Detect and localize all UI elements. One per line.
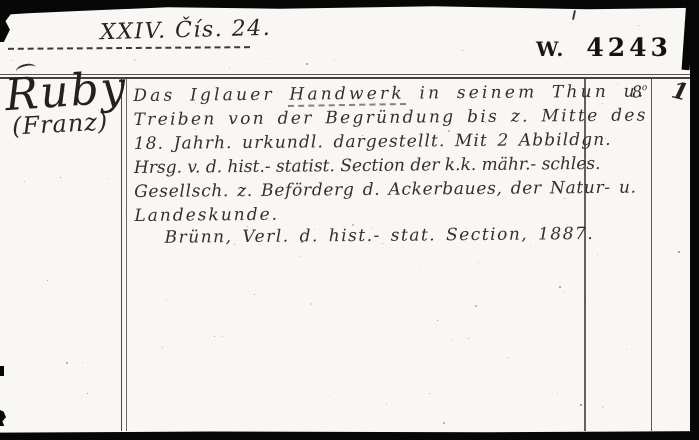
noise-speck xyxy=(602,406,604,408)
scan-edge-right xyxy=(690,0,699,440)
noise-speck xyxy=(102,301,103,302)
noise-speck xyxy=(475,305,477,307)
noise-speck xyxy=(275,59,276,60)
noise-speck xyxy=(24,181,25,182)
noise-speck xyxy=(306,63,308,65)
ink-blot-left-lower xyxy=(0,410,6,426)
count-column-divider xyxy=(651,79,652,431)
noise-speck xyxy=(9,226,10,227)
noise-speck xyxy=(452,339,453,340)
noise-speck xyxy=(605,138,606,139)
noise-speck xyxy=(638,25,639,26)
ink-blot-top-left xyxy=(0,6,11,42)
noise-speck xyxy=(382,243,383,244)
format-octavo-note: 8o xyxy=(631,81,649,102)
noise-speck xyxy=(558,223,559,224)
noise-speck xyxy=(507,357,508,358)
noise-speck xyxy=(266,58,267,59)
copies-count: 1 xyxy=(669,76,691,106)
noise-speck xyxy=(12,60,13,61)
noise-speck xyxy=(214,86,215,87)
shelfmark-underline xyxy=(8,46,250,50)
noise-speck xyxy=(448,130,450,132)
noise-speck xyxy=(87,393,88,394)
noise-speck xyxy=(580,404,582,406)
noise-speck xyxy=(38,359,39,360)
accession-stamp: W.4243 xyxy=(536,33,672,62)
noise-speck xyxy=(108,178,109,179)
scan-edge-bottom xyxy=(0,431,699,440)
imprint-line: Brünn, Verl. d. hist.- stat. Section, 18… xyxy=(135,222,587,250)
noise-speck xyxy=(247,226,248,227)
noise-speck xyxy=(421,139,422,140)
stamp-series-letter: W. xyxy=(536,37,564,61)
author-forename: (Franz) xyxy=(11,108,109,141)
catalog-card-scan: XXIV. Čís. 24. W.4243 Ruby (Franz) Das I… xyxy=(0,0,699,440)
noise-speck xyxy=(362,135,363,136)
noise-speck xyxy=(222,336,223,337)
shelfmark-handwritten: XXIV. Čís. 24. xyxy=(100,16,272,45)
noise-speck xyxy=(282,45,283,46)
noise-speck xyxy=(514,281,515,282)
name-column-divider-outer xyxy=(121,79,122,431)
noise-speck xyxy=(214,336,215,337)
noise-speck xyxy=(60,177,61,178)
noise-speck xyxy=(66,362,68,364)
noise-speck xyxy=(563,292,564,293)
noise-speck xyxy=(134,59,136,61)
noise-speck xyxy=(597,77,598,78)
noise-speck xyxy=(478,262,479,263)
ink-blot-left-upper xyxy=(0,366,4,376)
noise-speck xyxy=(437,320,438,321)
noise-speck xyxy=(597,254,598,255)
noise-speck xyxy=(559,286,561,288)
noise-speck xyxy=(585,301,586,302)
noise-speck xyxy=(468,338,469,339)
noise-speck xyxy=(334,60,335,61)
noise-speck xyxy=(429,393,430,394)
noise-speck xyxy=(530,246,531,247)
noise-speck xyxy=(617,240,618,241)
scan-edge-top xyxy=(0,0,699,15)
noise-speck xyxy=(420,266,421,267)
name-column-divider-inner xyxy=(126,79,127,431)
noise-speck xyxy=(427,167,428,168)
noise-speck xyxy=(254,294,255,295)
entry-line: Gesellsch. z. Beförderg d. Ackerbaues, d… xyxy=(134,176,586,204)
noise-speck xyxy=(386,403,387,404)
noise-speck xyxy=(485,122,486,123)
noise-speck xyxy=(258,244,259,245)
noise-speck xyxy=(82,362,83,363)
noise-speck xyxy=(329,396,330,397)
noise-speck xyxy=(602,103,603,104)
noise-speck xyxy=(229,67,230,68)
noise-speck xyxy=(125,214,126,215)
noise-speck xyxy=(617,84,618,85)
noise-speck xyxy=(161,345,162,346)
noise-speck xyxy=(429,389,430,390)
noise-speck xyxy=(443,422,445,424)
noise-speck xyxy=(195,129,196,130)
noise-speck xyxy=(626,349,627,350)
noise-speck xyxy=(549,222,550,223)
noise-speck xyxy=(587,161,588,162)
noise-speck xyxy=(299,256,300,257)
stamp-number: 4243 xyxy=(586,33,672,62)
noise-speck xyxy=(47,280,48,281)
noise-speck xyxy=(381,17,382,18)
noise-speck xyxy=(462,50,463,51)
stray-pen-tick xyxy=(572,10,576,20)
noise-speck xyxy=(678,251,680,253)
noise-speck xyxy=(166,300,167,301)
noise-speck xyxy=(162,347,163,348)
noise-speck xyxy=(310,303,312,305)
noise-speck xyxy=(143,81,144,82)
noise-speck xyxy=(29,350,30,351)
noise-speck xyxy=(379,317,380,318)
noise-speck xyxy=(557,393,558,394)
noise-speck xyxy=(211,263,212,264)
noise-speck xyxy=(259,26,260,27)
